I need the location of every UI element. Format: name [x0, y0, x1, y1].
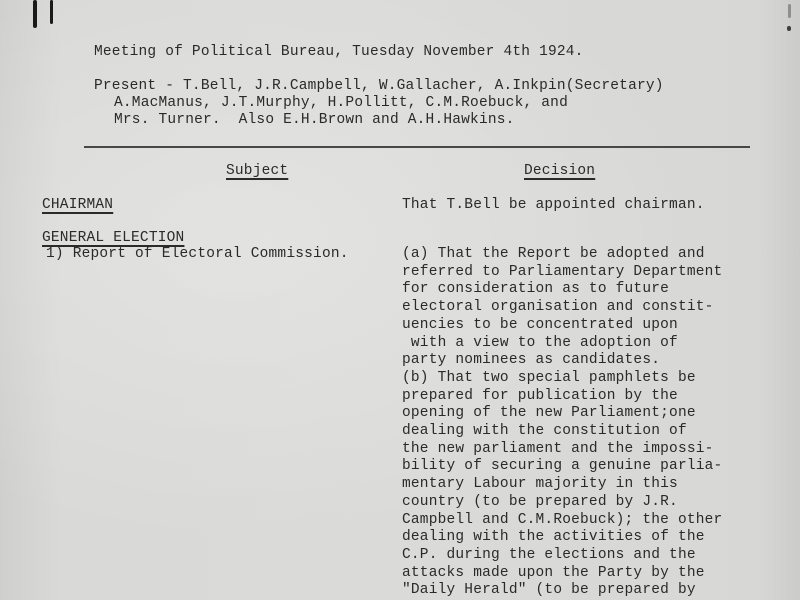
meeting-title: Meeting of Political Bureau, Tuesday Nov…: [94, 44, 584, 61]
decision-line: for consideration as to future: [402, 281, 669, 298]
subject-electoral-commission: 1) Report of Electoral Commission.: [46, 246, 349, 263]
decision-line: (b) That two special pamphlets be: [402, 370, 696, 387]
present-line-3: Mrs. Turner. Also E.H.Brown and A.H.Hawk…: [114, 112, 515, 129]
decision-line: referred to Parliamentary Department: [402, 264, 722, 281]
decision-line: with a view to the adoption of: [402, 335, 678, 352]
decision-line: mentary Labour majority in this: [402, 476, 678, 493]
subject-chairman: CHAIRMAN: [42, 197, 113, 214]
decision-line: electoral organisation and constit-: [402, 299, 714, 316]
horizontal-rule: [84, 146, 750, 148]
present-line-2: A.MacManus, J.T.Murphy, H.Pollitt, C.M.R…: [114, 95, 568, 112]
decision-line: dealing with the activities of the: [402, 529, 705, 546]
decision-line: (a) That the Report be adopted and: [402, 246, 705, 263]
column-header-subject: Subject: [226, 163, 288, 180]
decision-line: C.P. during the elections and the: [402, 547, 696, 564]
decision-line: opening of the new Parliament;one: [402, 405, 696, 422]
section-general-election: GENERAL ELECTION: [42, 230, 184, 247]
decision-line: Campbell and C.M.Roebuck); the other: [402, 512, 722, 529]
present-line-1: Present - T.Bell, J.R.Campbell, W.Gallac…: [94, 78, 664, 95]
smudge-mark: [788, 4, 791, 18]
decision-line: country (to be prepared by J.R.: [402, 494, 678, 511]
document-page: Meeting of Political Bureau, Tuesday Nov…: [0, 0, 800, 600]
decision-line: prepared for publication by the: [402, 388, 678, 405]
decision-line: the new parliament and the impossi-: [402, 441, 714, 458]
decision-chairman: That T.Bell be appointed chairman.: [402, 197, 705, 214]
smudge-mark: [787, 26, 791, 31]
column-header-decision: Decision: [524, 163, 595, 180]
decision-line: bility of securing a genuine parlia-: [402, 458, 722, 475]
decision-line: dealing with the constitution of: [402, 423, 687, 440]
decision-line: uencies to be concentrated upon: [402, 317, 678, 334]
binding-mark: [50, 0, 53, 24]
decision-line: "Daily Herald" (to be prepared by: [402, 582, 696, 599]
decision-line: party nominees as candidates.: [402, 352, 660, 369]
binding-mark: [33, 0, 37, 28]
decision-line: attacks made upon the Party by the: [402, 565, 705, 582]
